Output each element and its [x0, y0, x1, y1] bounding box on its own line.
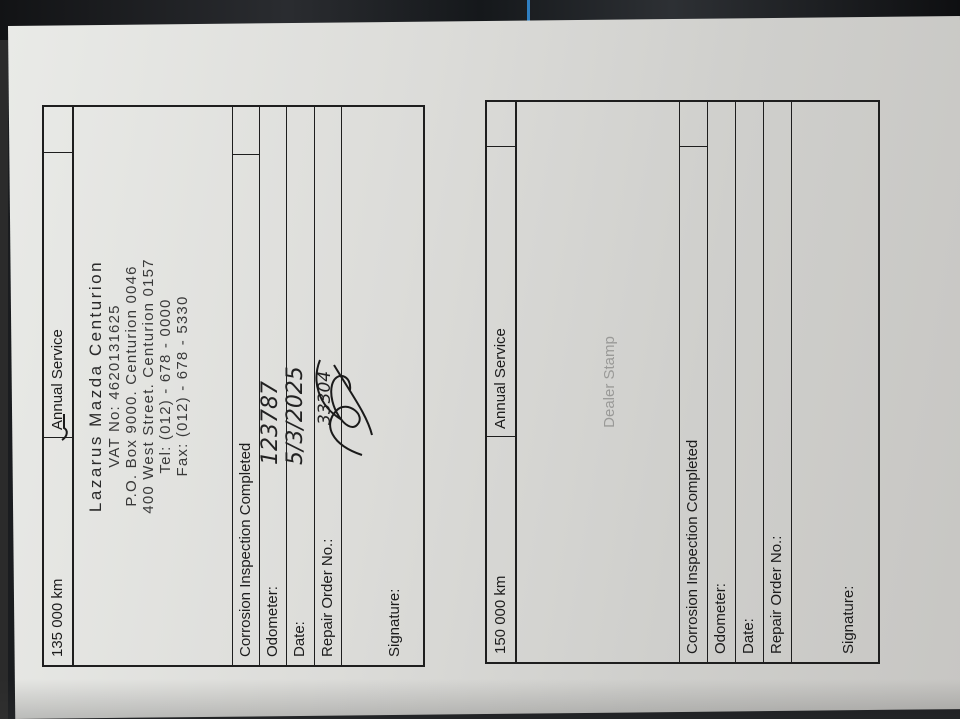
odometer-value: 123787 [258, 381, 283, 465]
date-label: Date: [740, 618, 757, 654]
dealer-stamp: Lazarus Mazda Centurion VAT No: 46201316… [86, 107, 191, 665]
repair-order-label: Repair Order No.: [319, 539, 336, 657]
entry-header: 150 000 km Annual Service [487, 102, 517, 662]
background-edge [0, 40, 8, 719]
odometer-label: Odometer: [712, 583, 729, 654]
repair-order-label: Repair Order No.: [768, 536, 785, 654]
service-entry-150000: 150 000 km Annual Service Dealer Stamp C… [485, 100, 880, 664]
signature-label: Signature: [386, 589, 403, 657]
date-value: 5/3/2025 [283, 366, 308, 465]
paper-shadow [0, 679, 960, 719]
dealer-street: 400 West Street. Centurion 0157 [140, 107, 157, 665]
corrosion-checkbox [233, 107, 260, 155]
dealer-stamp-placeholder: Dealer Stamp [601, 102, 618, 662]
service-entry-135000: 135 000 km Annual Service Lazarus Mazda … [42, 105, 425, 667]
dealer-tel: Tel: (012) - 678 - 0000 [157, 107, 174, 665]
date-label: Date: [291, 621, 308, 657]
odometer-row: Odometer: [707, 102, 736, 662]
interval-label: 150 000 km [492, 576, 509, 654]
corrosion-row: Corrosion Inspection Completed [232, 107, 260, 665]
signature-row: Signature: [341, 107, 422, 665]
signature-scribble [312, 345, 392, 465]
service-type-label: Annual Service [49, 329, 66, 430]
blue-accent [527, 0, 530, 22]
odometer-label: Odometer: [264, 586, 281, 657]
repair-order-row: Repair Order No.: [763, 102, 792, 662]
service-type-label: Annual Service [492, 328, 509, 429]
date-row: Date: [735, 102, 764, 662]
dealer-vat: VAT No: 4620131625 [106, 107, 123, 665]
corrosion-label: Corrosion Inspection Completed [237, 443, 254, 657]
dealer-stamp-area: Lazarus Mazda Centurion VAT No: 46201316… [72, 107, 232, 665]
entry-fields: Corrosion Inspection Completed Odometer:… [232, 107, 423, 665]
dealer-name: Lazarus Mazda Centurion [86, 107, 106, 665]
dealer-fax: Fax: (012) - 678 - 5330 [174, 107, 191, 665]
entry-fields: Corrosion Inspection Completed Odometer:… [679, 102, 878, 662]
corrosion-label: Corrosion Inspection Completed [684, 440, 701, 654]
signature-row: Signature: [791, 102, 877, 662]
corrosion-row: Corrosion Inspection Completed [679, 102, 708, 662]
interval-label: 135 000 km [49, 579, 66, 657]
signature-label: Signature: [840, 586, 857, 654]
dealer-stamp-area: Dealer Stamp [515, 102, 675, 662]
dealer-po-box: P.O. Box 9000. Centurion 0046 [123, 107, 140, 665]
date-row: Date: 5/3/2025 [286, 107, 315, 665]
entry-header: 135 000 km Annual Service [44, 107, 74, 665]
corrosion-checkbox [680, 102, 708, 147]
